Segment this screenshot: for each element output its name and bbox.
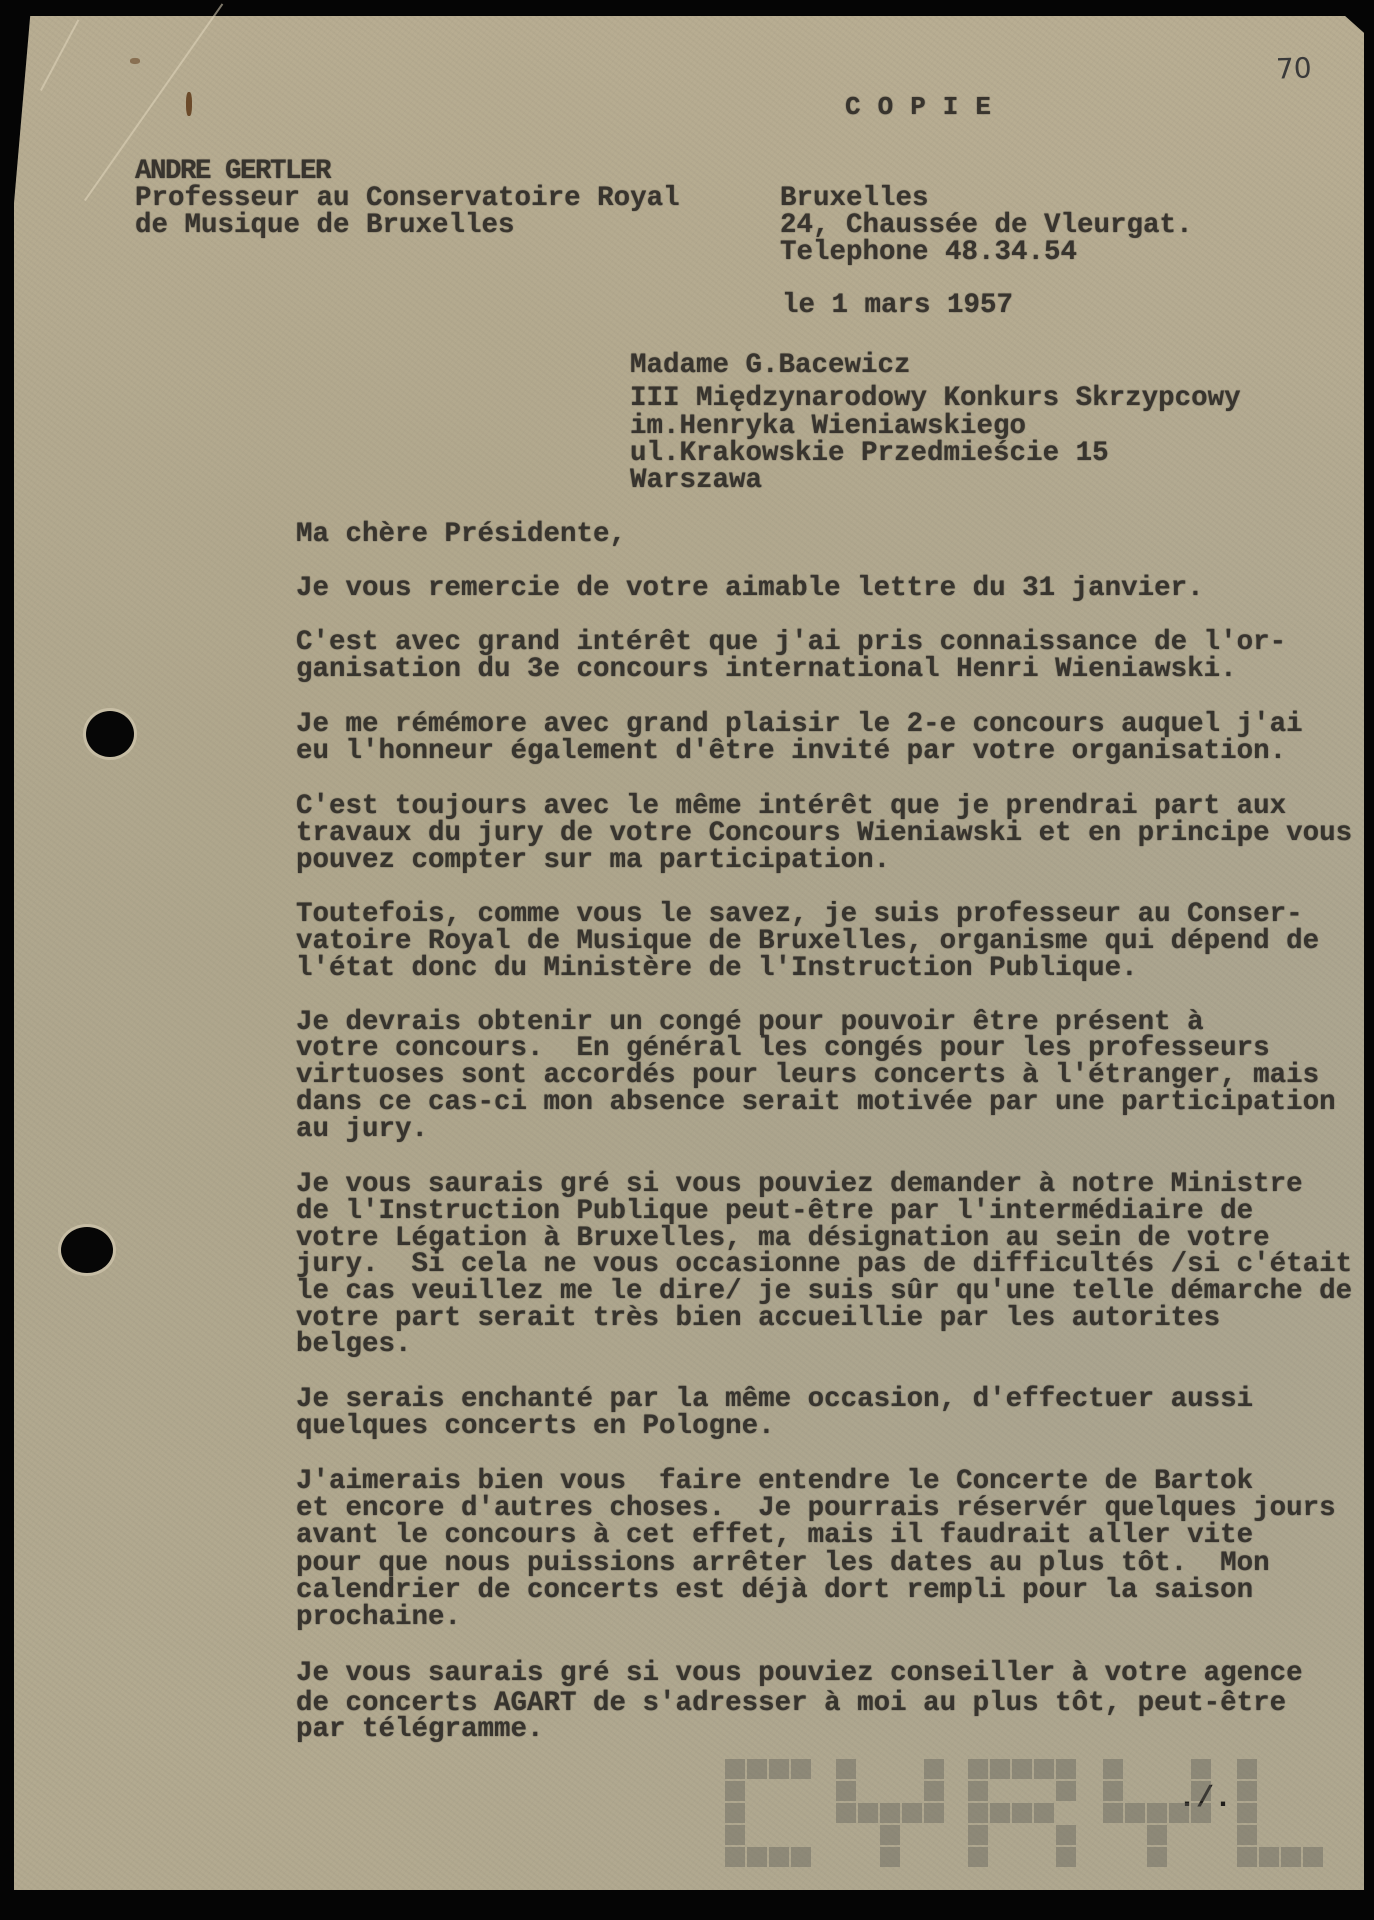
body-line: pour que nous puissions arrêter les date… [296, 1550, 1270, 1577]
watermark-block [1103, 1803, 1123, 1823]
watermark-block [1191, 1759, 1211, 1779]
body-line: par télégramme. [296, 1716, 544, 1743]
watermark-block [924, 1803, 944, 1823]
watermark-block [1237, 1781, 1257, 1801]
body-line: votre concours. En général les congés po… [296, 1035, 1270, 1062]
body-line: Je vous saurais gré si vous pouviez dema… [296, 1171, 1303, 1198]
watermark-block [1147, 1825, 1167, 1845]
watermark-block [968, 1803, 988, 1823]
body-line: Toutefois, comme vous le savez, je suis … [296, 901, 1303, 928]
sender-title: Professeur au Conservatoire Royal [135, 185, 680, 212]
letter-date: le 1 mars 1957 [782, 292, 1013, 319]
watermark-block [1056, 1781, 1076, 1801]
body-line: pouvez compter sur ma participation. [296, 847, 890, 874]
watermark-block [902, 1803, 922, 1823]
watermark-block [924, 1759, 944, 1779]
watermark-block [725, 1781, 745, 1801]
sender-phone: Telephone 48.34.54 [780, 239, 1077, 266]
body-line: vatoire Royal de Musique de Bruxelles, o… [296, 928, 1319, 955]
watermark-block [1237, 1847, 1257, 1867]
recipient-line: III Międzynarodowy Konkurs Skrzypcowy [630, 385, 1241, 412]
body-line: avant le concours à cet effet, mais il f… [296, 1522, 1253, 1549]
body-line: et encore d'autres choses. Je pourrais r… [296, 1495, 1336, 1522]
watermark-block [880, 1825, 900, 1845]
watermark-block [880, 1803, 900, 1823]
watermark-block [1012, 1759, 1032, 1779]
body-line: de l'Instruction Publique peut-être par … [296, 1198, 1253, 1225]
copy-stamp: COPIE [845, 94, 1008, 121]
body-line: virtuoses sont accordés pour leurs conce… [296, 1062, 1319, 1089]
watermark-block [747, 1847, 767, 1867]
body-line: quelques concerts en Pologne. [296, 1413, 775, 1440]
paper-stain [130, 58, 140, 64]
body-line: jury. Si cela ne vous occasionne pas de … [296, 1251, 1352, 1278]
watermark-block [990, 1759, 1010, 1779]
body-line: votre Légation à Bruxelles, ma désignati… [296, 1225, 1270, 1252]
sender-city: Bruxelles [780, 185, 929, 212]
body-line: Je serais enchanté par la même occasion,… [296, 1386, 1253, 1413]
watermark-block [836, 1781, 856, 1801]
sender-name: ANDRE GERTLER [135, 158, 330, 185]
body-line: de concerts AGART de s'adresser à moi au… [296, 1690, 1286, 1717]
sender-title: de Musique de Bruxelles [135, 212, 515, 239]
watermark-block [747, 1759, 767, 1779]
body-line: travaux du jury de votre Concours Wienia… [296, 820, 1352, 847]
watermark-block [1191, 1781, 1211, 1801]
watermark-block [924, 1781, 944, 1801]
body-line: au jury. [296, 1116, 428, 1143]
watermark-block [836, 1803, 856, 1823]
watermark-block [769, 1759, 789, 1779]
recipient-line: Madame G.Bacewicz [630, 352, 911, 379]
watermark-block [990, 1803, 1010, 1823]
watermark-block [1259, 1847, 1279, 1867]
watermark-block [791, 1759, 811, 1779]
punch-hole [61, 1227, 113, 1273]
body-line: votre part serait très bien accueillie p… [296, 1305, 1220, 1332]
watermark-block [1169, 1803, 1189, 1823]
watermark-block [791, 1847, 811, 1867]
watermark-block [1237, 1825, 1257, 1845]
body-line: Je me rémémore avec grand plaisir le 2-e… [296, 711, 1303, 738]
body-line: prochaine. [296, 1604, 461, 1631]
recipient-line: im.Henryka Wieniawskiego [630, 413, 1026, 440]
body-line: l'état donc du Ministère de l'Instructio… [296, 955, 1138, 982]
sender-street: 24, Chaussée de Vleurgat. [780, 212, 1193, 239]
body-line: C'est toujours avec le même intérêt que … [296, 793, 1286, 820]
watermark-block [1281, 1847, 1301, 1867]
watermark-block [1103, 1781, 1123, 1801]
body-line: C'est avec grand intérêt que j'ai pris c… [296, 629, 1286, 656]
watermark-block [1056, 1825, 1076, 1845]
body-line: le cas veuillez me le dire/ je suis sûr … [296, 1278, 1352, 1305]
paper-stain [186, 92, 192, 116]
watermark-block [968, 1847, 988, 1867]
body-line: ganisation du 3e concours international … [296, 656, 1237, 683]
watermark-block [1012, 1803, 1032, 1823]
watermark-block [769, 1847, 789, 1867]
watermark-block [968, 1781, 988, 1801]
recipient-line: Warszawa [630, 467, 762, 494]
watermark-block [725, 1847, 745, 1867]
watermark-block [1034, 1803, 1054, 1823]
body-line: J'aimerais bien vous faire entendre le C… [296, 1468, 1253, 1495]
watermark-block [1147, 1847, 1167, 1867]
watermark-block [1191, 1803, 1211, 1823]
body-line: belges. [296, 1331, 412, 1358]
watermark-block [725, 1803, 745, 1823]
watermark-block [968, 1759, 988, 1779]
watermark-block [1237, 1759, 1257, 1779]
watermark-block [1056, 1759, 1076, 1779]
body-line: dans ce cas-ci mon absence serait motivé… [296, 1089, 1336, 1116]
watermark-block [1034, 1759, 1054, 1779]
watermark-block [1147, 1803, 1167, 1823]
body-line: Je vous remercie de votre aimable lettre… [296, 575, 1204, 602]
body-line: eu l'honneur également d'être invité par… [296, 738, 1286, 765]
body-line: Je vous saurais gré si vous pouviez cons… [296, 1660, 1303, 1687]
punch-hole [86, 711, 134, 757]
watermark-block [1125, 1803, 1145, 1823]
watermark-block [725, 1825, 745, 1845]
watermark-block [836, 1759, 856, 1779]
page-number: 70 [1275, 51, 1312, 85]
salutation: Ma chère Présidente, [296, 521, 626, 548]
watermark-block [858, 1803, 878, 1823]
body-line: Je devrais obtenir un congé pour pouvoir… [296, 1009, 1204, 1036]
body-line: calendrier de concerts est déjà dort rem… [296, 1577, 1253, 1604]
watermark-block [1103, 1759, 1123, 1779]
watermark-block [1056, 1847, 1076, 1867]
recipient-line: ul.Krakowskie Przedmieście 15 [630, 440, 1109, 467]
watermark-block [1303, 1847, 1323, 1867]
watermark-block [880, 1847, 900, 1867]
watermark-block [725, 1759, 745, 1779]
watermark-block [1237, 1803, 1257, 1823]
watermark-block [968, 1825, 988, 1845]
